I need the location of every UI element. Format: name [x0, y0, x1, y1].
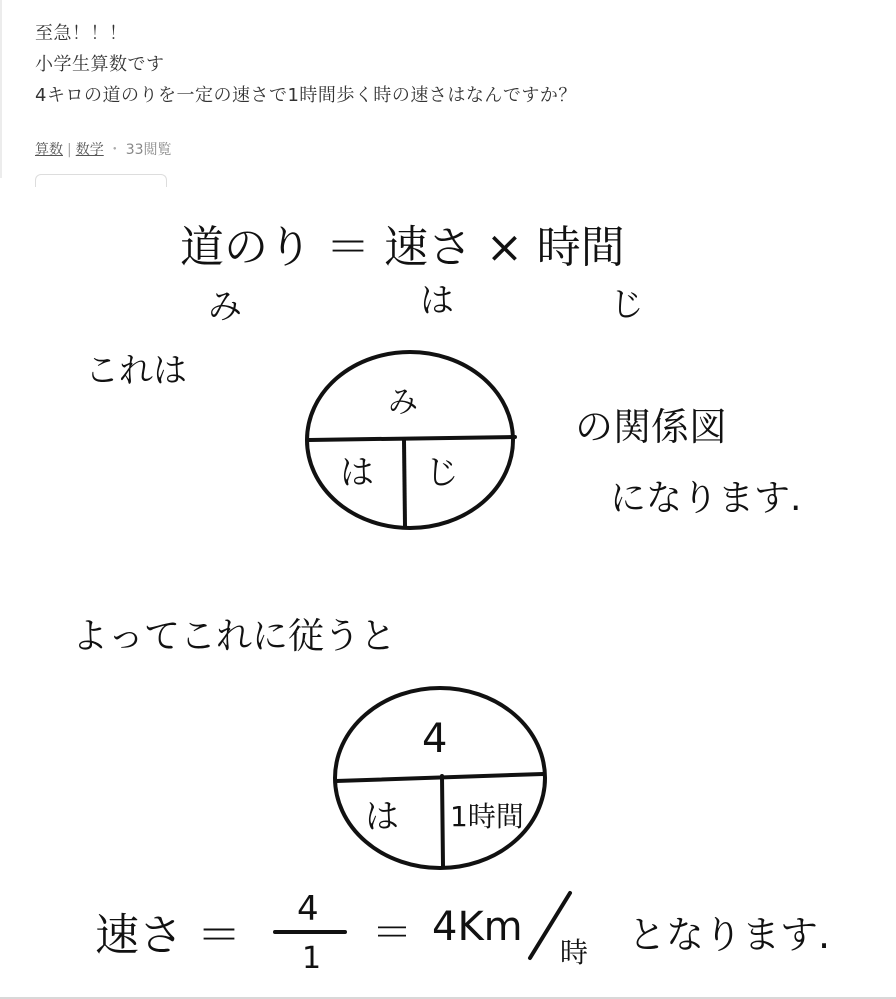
- diagram1-bottom-left: は: [340, 453, 374, 493]
- diagram1-top: み: [388, 385, 418, 420]
- result-value: 4Km: [432, 904, 523, 950]
- question-line: 小学生算数です: [35, 49, 577, 80]
- result-lhs: 速さ ＝: [95, 910, 241, 961]
- intro-text: これは: [85, 351, 187, 391]
- result-numerator: 4: [297, 889, 319, 929]
- question-line: 4キロの道のりを一定の速さで1時間歩く時の速さはなんですか？: [35, 80, 577, 111]
- question-body: 至急！！！ 小学生算数です 4キロの道のりを一定の速さで1時間歩く時の速さはなん…: [35, 18, 577, 111]
- result-suffix: となります.: [628, 913, 830, 957]
- handwritten-answer-image: 道のり ＝ 速さ × 時間 み は じ これは み は じ の関係図 になります…: [0, 186, 896, 996]
- question-line: 至急！！！: [35, 18, 577, 49]
- diagram1-bottom-right: じ: [425, 453, 459, 493]
- abbrev-ji: じ: [610, 285, 644, 325]
- abbrev-ha: は: [420, 281, 454, 321]
- follow-text: よってこれに従うと: [72, 616, 396, 657]
- diagram2-top: 4: [422, 716, 447, 762]
- diagram1-caption-1: の関係図: [575, 405, 727, 449]
- category-separator: |: [67, 142, 72, 158]
- result-unit-denominator: 時: [560, 936, 588, 969]
- formula-line: 道のり ＝ 速さ × 時間: [180, 222, 625, 273]
- left-border: [0, 0, 2, 178]
- diagram2-bottom-right: 1時間: [450, 800, 524, 833]
- result-denominator: 1: [302, 941, 321, 976]
- result-equals: ＝: [372, 910, 412, 956]
- diagram1-caption-2: になります.: [610, 478, 801, 519]
- views-separator: ・: [108, 142, 122, 158]
- view-count: 33閲覧: [126, 142, 172, 158]
- category-link-sansu[interactable]: 算数: [35, 142, 63, 158]
- diagram2-bottom-left: は: [365, 797, 399, 837]
- question-meta: 算数|数学・33閲覧: [35, 139, 172, 159]
- category-link-sugaku[interactable]: 数学: [76, 142, 104, 158]
- abbrev-mi: み: [208, 287, 242, 327]
